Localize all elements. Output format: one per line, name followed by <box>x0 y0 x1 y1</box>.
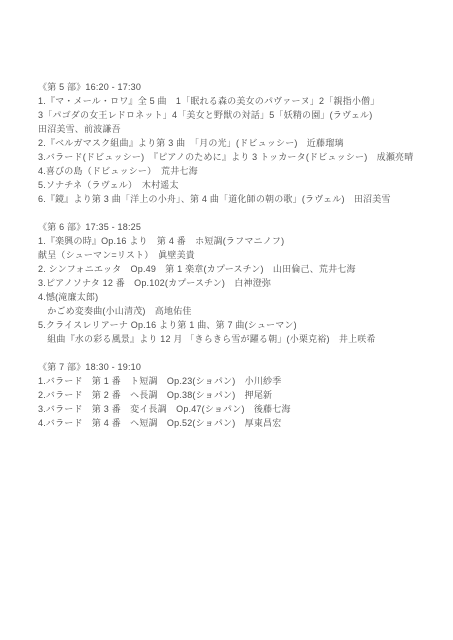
program-line: 1.バラード 第 1 番 ト短調 Op.23(ショパン) 小川紗季 <box>38 374 427 388</box>
program-section-6: 《第 6 部》17:35 - 18:25 1.『楽興の時』Op.16 より 第 … <box>38 220 427 346</box>
program-line: 1.『楽興の時』Op.16 より 第 4 番 ホ短調(ラフマニノフ) <box>38 234 427 248</box>
program-line: 4.憾(滝廉太郎) <box>38 290 427 304</box>
program-line: かごめ変奏曲(小山清茂) 高地佑佳 <box>38 304 427 318</box>
section-label: 《第 6 部》 <box>38 222 85 232</box>
section-time: 17:35 - 18:25 <box>85 222 141 232</box>
program-line: 5.ソナチネ（ラヴェル） 木村遥太 <box>38 178 427 192</box>
program-line: 5.クライスレリアーナ Op.16 より第 1 曲、第 7 曲(シューマン) <box>38 318 427 332</box>
section-time: 16:20 - 17:30 <box>85 82 141 92</box>
program-line: 6.『鏡』より第 3 曲「洋上の小舟」、第 4 曲「道化師の朝の歌」(ラヴェル)… <box>38 192 427 206</box>
program-line: 献呈（シューマン=リスト） 眞壁美貴 <box>38 248 427 262</box>
program-line: 1.『マ・メール・ロワ』全 5 曲 1「眠れる森の美女のパヴァーヌ」2「親指小僧… <box>38 94 427 108</box>
program-line: 2.バラード 第 2 番 ヘ長調 Op.38(ショパン) 押尾新 <box>38 388 427 402</box>
section-time: 18:30 - 19:10 <box>85 362 141 372</box>
program-line: 4.喜びの島（ドビュッシー） 荒井七海 <box>38 164 427 178</box>
program-line: 田沼美雪、前波謙吾 <box>38 122 427 136</box>
program-document: 《第 5 部》16:20 - 17:30 1.『マ・メール・ロワ』全 5 曲 1… <box>38 80 427 430</box>
program-section-7: 《第 7 部》18:30 - 19:10 1.バラード 第 1 番 ト短調 Op… <box>38 360 427 430</box>
section-label: 《第 7 部》 <box>38 362 85 372</box>
section-header: 《第 7 部》18:30 - 19:10 <box>38 360 427 374</box>
program-line: 組曲『水の彩る風景』より 12 月 「きらきら雪が躍る朝」(小栗克裕) 井上咲希 <box>38 332 427 346</box>
program-line: 3.ピアノソナタ 12 番 Op.102(カプースチン) 白神澄弥 <box>38 276 427 290</box>
program-line: 3.バラード 第 3 番 変イ長調 Op.47(ショパン) 後藤七海 <box>38 402 427 416</box>
section-header: 《第 5 部》16:20 - 17:30 <box>38 80 427 94</box>
program-line: 3.バラード(ドビュッシー) 『ピアノのために』より 3 トッカータ(ドビュッシ… <box>38 150 427 164</box>
program-line: 2. シンフォニエッタ Op.49 第 1 楽章(カプースチン) 山田倫己、荒井… <box>38 262 427 276</box>
program-line: 4.バラード 第 4 番 ヘ短調 Op.52(ショパン) 厚東昌宏 <box>38 416 427 430</box>
program-line: 2.『ベルガマスク組曲』より第 3 曲 「月の光」(ドビュッシー) 近藤瑠璃 <box>38 136 427 150</box>
program-section-5: 《第 5 部》16:20 - 17:30 1.『マ・メール・ロワ』全 5 曲 1… <box>38 80 427 206</box>
section-header: 《第 6 部》17:35 - 18:25 <box>38 220 427 234</box>
program-line: 3「パゴダの女王レドロネット」4「美女と野獣の対話」5「妖精の園」(ラヴェル) <box>38 108 427 122</box>
section-label: 《第 5 部》 <box>38 82 85 92</box>
